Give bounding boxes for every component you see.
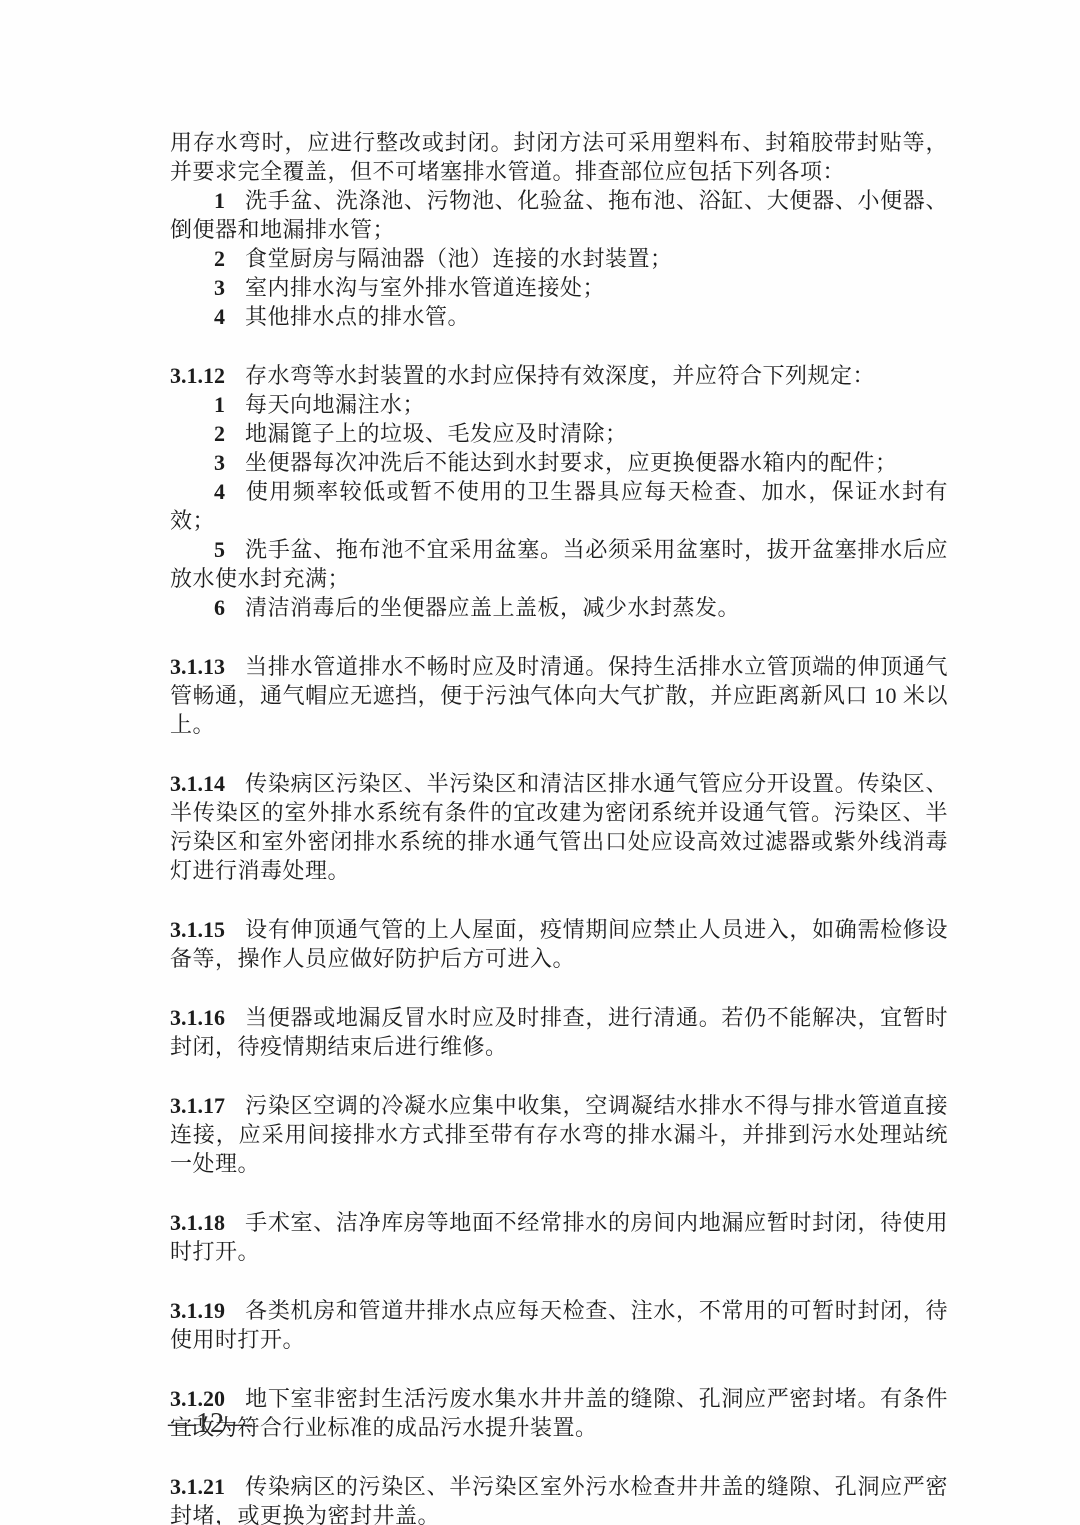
clause-3-1-18: 3.1.18手术室、洁净库房等地面不经常排水的房间内地漏应暂时封闭，待使用时打开… (170, 1208, 948, 1266)
item-text: 洗手盆、洗涤池、污物池、化验盆、拖布池、浴缸、大便器、小便器、倒便器和地漏排水管… (170, 188, 948, 242)
clause-number: 3.1.19 (170, 1298, 225, 1323)
item-text: 地漏篦子上的垃圾、毛发应及时清除； (245, 421, 628, 446)
list-item: 1每天向地漏注水； (170, 390, 948, 419)
item-text: 洗手盆、拖布池不宜采用盆塞。当必须采用盆塞时，拔开盆塞排水后应放水使水封充满； (170, 537, 948, 591)
clause-text: 污染区空调的冷凝水应集中收集，空调凝结水排水不得与排水管道直接连接，应采用间接排… (170, 1093, 948, 1176)
item-number: 6 (214, 595, 225, 620)
clause-number: 3.1.14 (170, 771, 225, 796)
clause-number: 3.1.17 (170, 1093, 225, 1118)
list-item: 2食堂厨房与隔油器（池）连接的水封装置； (170, 244, 948, 273)
item-number: 5 (214, 537, 225, 562)
clause-3-1-17: 3.1.17污染区空调的冷凝水应集中收集，空调凝结水排水不得与排水管道直接连接，… (170, 1091, 948, 1178)
clause-text: 存水弯等水封装置的水封应保持有效深度，并应符合下列规定： (245, 363, 875, 388)
clause-number: 3.1.13 (170, 654, 225, 679)
clause-3-1-13: 3.1.13当排水管道排水不畅时应及时清通。保持生活排水立管顶端的伸顶通气管畅通… (170, 652, 948, 739)
clause-text: 设有伸顶通气管的上人屋面，疫情期间应禁止人员进入，如确需检修设备等，操作人员应做… (170, 917, 948, 971)
clause-number: 3.1.15 (170, 917, 225, 942)
clause-number: 3.1.18 (170, 1210, 225, 1235)
page-body: 用存水弯时，应进行整改或封闭。封闭方法可采用塑料布、封箱胶带封贴等，并要求完全覆… (170, 128, 948, 1525)
page-number: —12— (168, 1406, 252, 1442)
list-item: 3室内排水沟与室外排水管道连接处； (170, 273, 948, 302)
clause-3-1-21: 3.1.21传染病区的污染区、半污染区室外污水检查井井盖的缝隙、孔洞应严密封堵，… (170, 1472, 948, 1525)
list-item: 5洗手盆、拖布池不宜采用盆塞。当必须采用盆塞时，拔开盆塞排水后应放水使水封充满； (170, 535, 948, 593)
item-number: 1 (214, 392, 225, 417)
clause-text: 传染病区的污染区、半污染区室外污水检查井井盖的缝隙、孔洞应严密封堵，或更换为密封… (170, 1474, 948, 1525)
list-item: 1洗手盆、洗涤池、污物池、化验盆、拖布池、浴缸、大便器、小便器、倒便器和地漏排水… (170, 186, 948, 244)
clause-text: 各类机房和管道井排水点应每天检查、注水，不常用的可暂时封闭，待使用时打开。 (170, 1298, 948, 1352)
clause-3-1-19: 3.1.19各类机房和管道井排水点应每天检查、注水，不常用的可暂时封闭，待使用时… (170, 1296, 948, 1354)
list-item: 4其他排水点的排水管。 (170, 302, 948, 331)
clause-3-1-16: 3.1.16当便器或地漏反冒水时应及时排查，进行清通。若仍不能解决，宜暂时封闭，… (170, 1003, 948, 1061)
clause-text: 地下室非密封生活污废水集水井井盖的缝隙、孔洞应严密封堵。有条件宜改为符合行业标准… (170, 1386, 948, 1440)
list-item: 6清洁消毒后的坐便器应盖上盖板，减少水封蒸发。 (170, 593, 948, 622)
clause-3-1-12: 3.1.12存水弯等水封装置的水封应保持有效深度，并应符合下列规定： (170, 361, 948, 390)
clause-3-1-15: 3.1.15设有伸顶通气管的上人屋面，疫情期间应禁止人员进入，如确需检修设备等，… (170, 915, 948, 973)
item-text: 清洁消毒后的坐便器应盖上盖板，减少水封蒸发。 (245, 595, 740, 620)
item-text: 坐便器每次冲洗后不能达到水封要求，应更换便器水箱内的配件； (245, 450, 898, 475)
clause-text: 手术室、洁净库房等地面不经常排水的房间内地漏应暂时封闭，待使用时打开。 (170, 1210, 948, 1264)
clause-3-1-14: 3.1.14传染病区污染区、半污染区和清洁区排水通气管应分开设置。传染区、半传染… (170, 769, 948, 885)
clause-3-1-20: 3.1.20地下室非密封生活污废水集水井井盖的缝隙、孔洞应严密封堵。有条件宜改为… (170, 1384, 948, 1442)
clause-number: 3.1.21 (170, 1474, 225, 1499)
item-text: 其他排水点的排水管。 (245, 304, 470, 329)
continued-paragraph: 用存水弯时，应进行整改或封闭。封闭方法可采用塑料布、封箱胶带封贴等，并要求完全覆… (170, 128, 948, 186)
item-number: 4 (214, 479, 225, 504)
clause-text: 当排水管道排水不畅时应及时清通。保持生活排水立管顶端的伸顶通气管畅通，通气帽应无… (170, 654, 948, 737)
item-number: 2 (214, 421, 225, 446)
item-number: 3 (214, 275, 225, 300)
item-number: 2 (214, 246, 225, 271)
list-item: 2地漏篦子上的垃圾、毛发应及时清除； (170, 419, 948, 448)
list-item: 4使用频率较低或暂不使用的卫生器具应每天检查、加水，保证水封有效； (170, 477, 948, 535)
list-item: 3坐便器每次冲洗后不能达到水封要求，应更换便器水箱内的配件； (170, 448, 948, 477)
item-text: 每天向地漏注水； (245, 392, 425, 417)
clause-text: 传染病区污染区、半污染区和清洁区排水通气管应分开设置。传染区、半传染区的室外排水… (170, 771, 948, 883)
item-text: 室内排水沟与室外排水管道连接处； (245, 275, 605, 300)
item-number: 1 (214, 188, 225, 213)
item-number: 3 (214, 450, 225, 475)
item-text: 食堂厨房与隔油器（池）连接的水封装置； (245, 246, 673, 271)
clause-number: 3.1.12 (170, 363, 225, 388)
item-text: 使用频率较低或暂不使用的卫生器具应每天检查、加水，保证水封有效； (170, 479, 948, 533)
clause-number: 3.1.16 (170, 1005, 225, 1030)
clause-text: 当便器或地漏反冒水时应及时排查，进行清通。若仍不能解决，宜暂时封闭，待疫情期结束… (170, 1005, 948, 1059)
document-page: 用存水弯时，应进行整改或封闭。封闭方法可采用塑料布、封箱胶带封贴等，并要求完全覆… (0, 0, 1080, 1525)
item-number: 4 (214, 304, 225, 329)
